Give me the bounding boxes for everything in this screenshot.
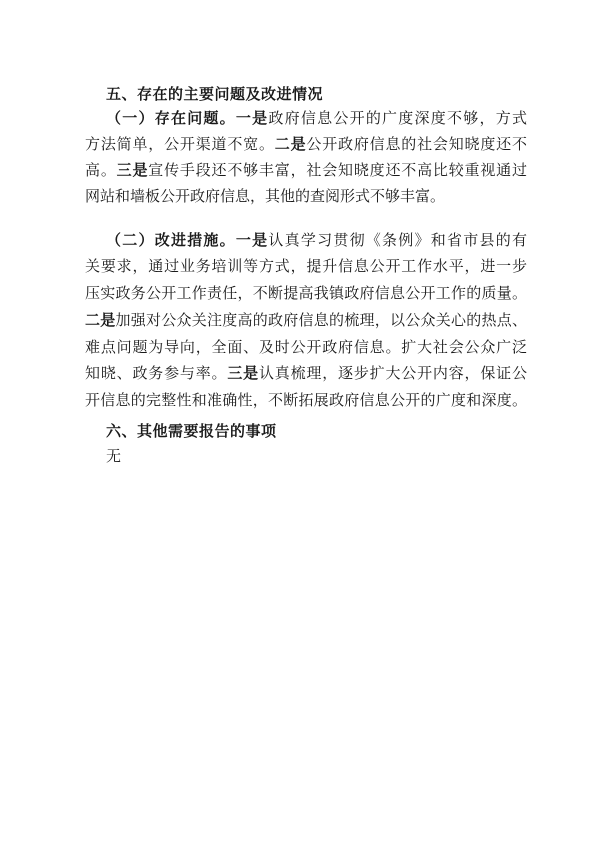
section-6-heading: 六、其他需要报告的事项 <box>106 421 527 441</box>
measures-line-4: 二是加强对公众关注度高的政府信息的梳理，以公众关心的热点、 <box>85 310 527 330</box>
measures-line-5: 难点问题为导向，全面、及时公开政府信息。扩大社会公众广泛 <box>85 337 527 357</box>
problems-line-1: （一）存在问题。一是政府信息公开的广度深度不够，方式 <box>106 108 527 128</box>
problems-line-3: 高。三是宣传手段还不够丰富，社会知晓度还不高比较重视通过 <box>85 160 527 180</box>
problems-line-4: 网站和墙板公开政府信息，其他的查阅形式不够丰富。 <box>85 186 527 206</box>
measures-line-6: 知晓、政务参与率。三是认真梳理，逐步扩大公开内容，保证公 <box>85 363 527 383</box>
measures-line-1: （二）改进措施。一是认真学习贯彻《条例》和省市县的有 <box>106 230 527 250</box>
measures-label: （二）改进措施。 <box>106 231 236 249</box>
measures-line-7: 开信息的完整性和准确性，不断拓展政府信息公开的广度和深度。 <box>85 390 527 410</box>
measures-line-2: 关要求，通过业务培训等方式，提升信息公开工作水平，进一步 <box>85 256 527 276</box>
measures-line-3: 压实政务公开工作责任，不断提高我镇政府信息公开工作的质量。 <box>85 283 527 303</box>
section-6-body: 无 <box>106 446 527 466</box>
problems-label: （一）存在问题。 <box>106 109 236 127</box>
section-5-heading: 五、存在的主要问题及改进情况 <box>106 84 527 104</box>
problems-line-2: 方法简单，公开渠道不宽。二是公开政府信息的社会知晓度还不 <box>85 134 527 154</box>
document-page: 五、存在的主要问题及改进情况 （一）存在问题。一是政府信息公开的广度深度不够，方… <box>0 0 600 848</box>
